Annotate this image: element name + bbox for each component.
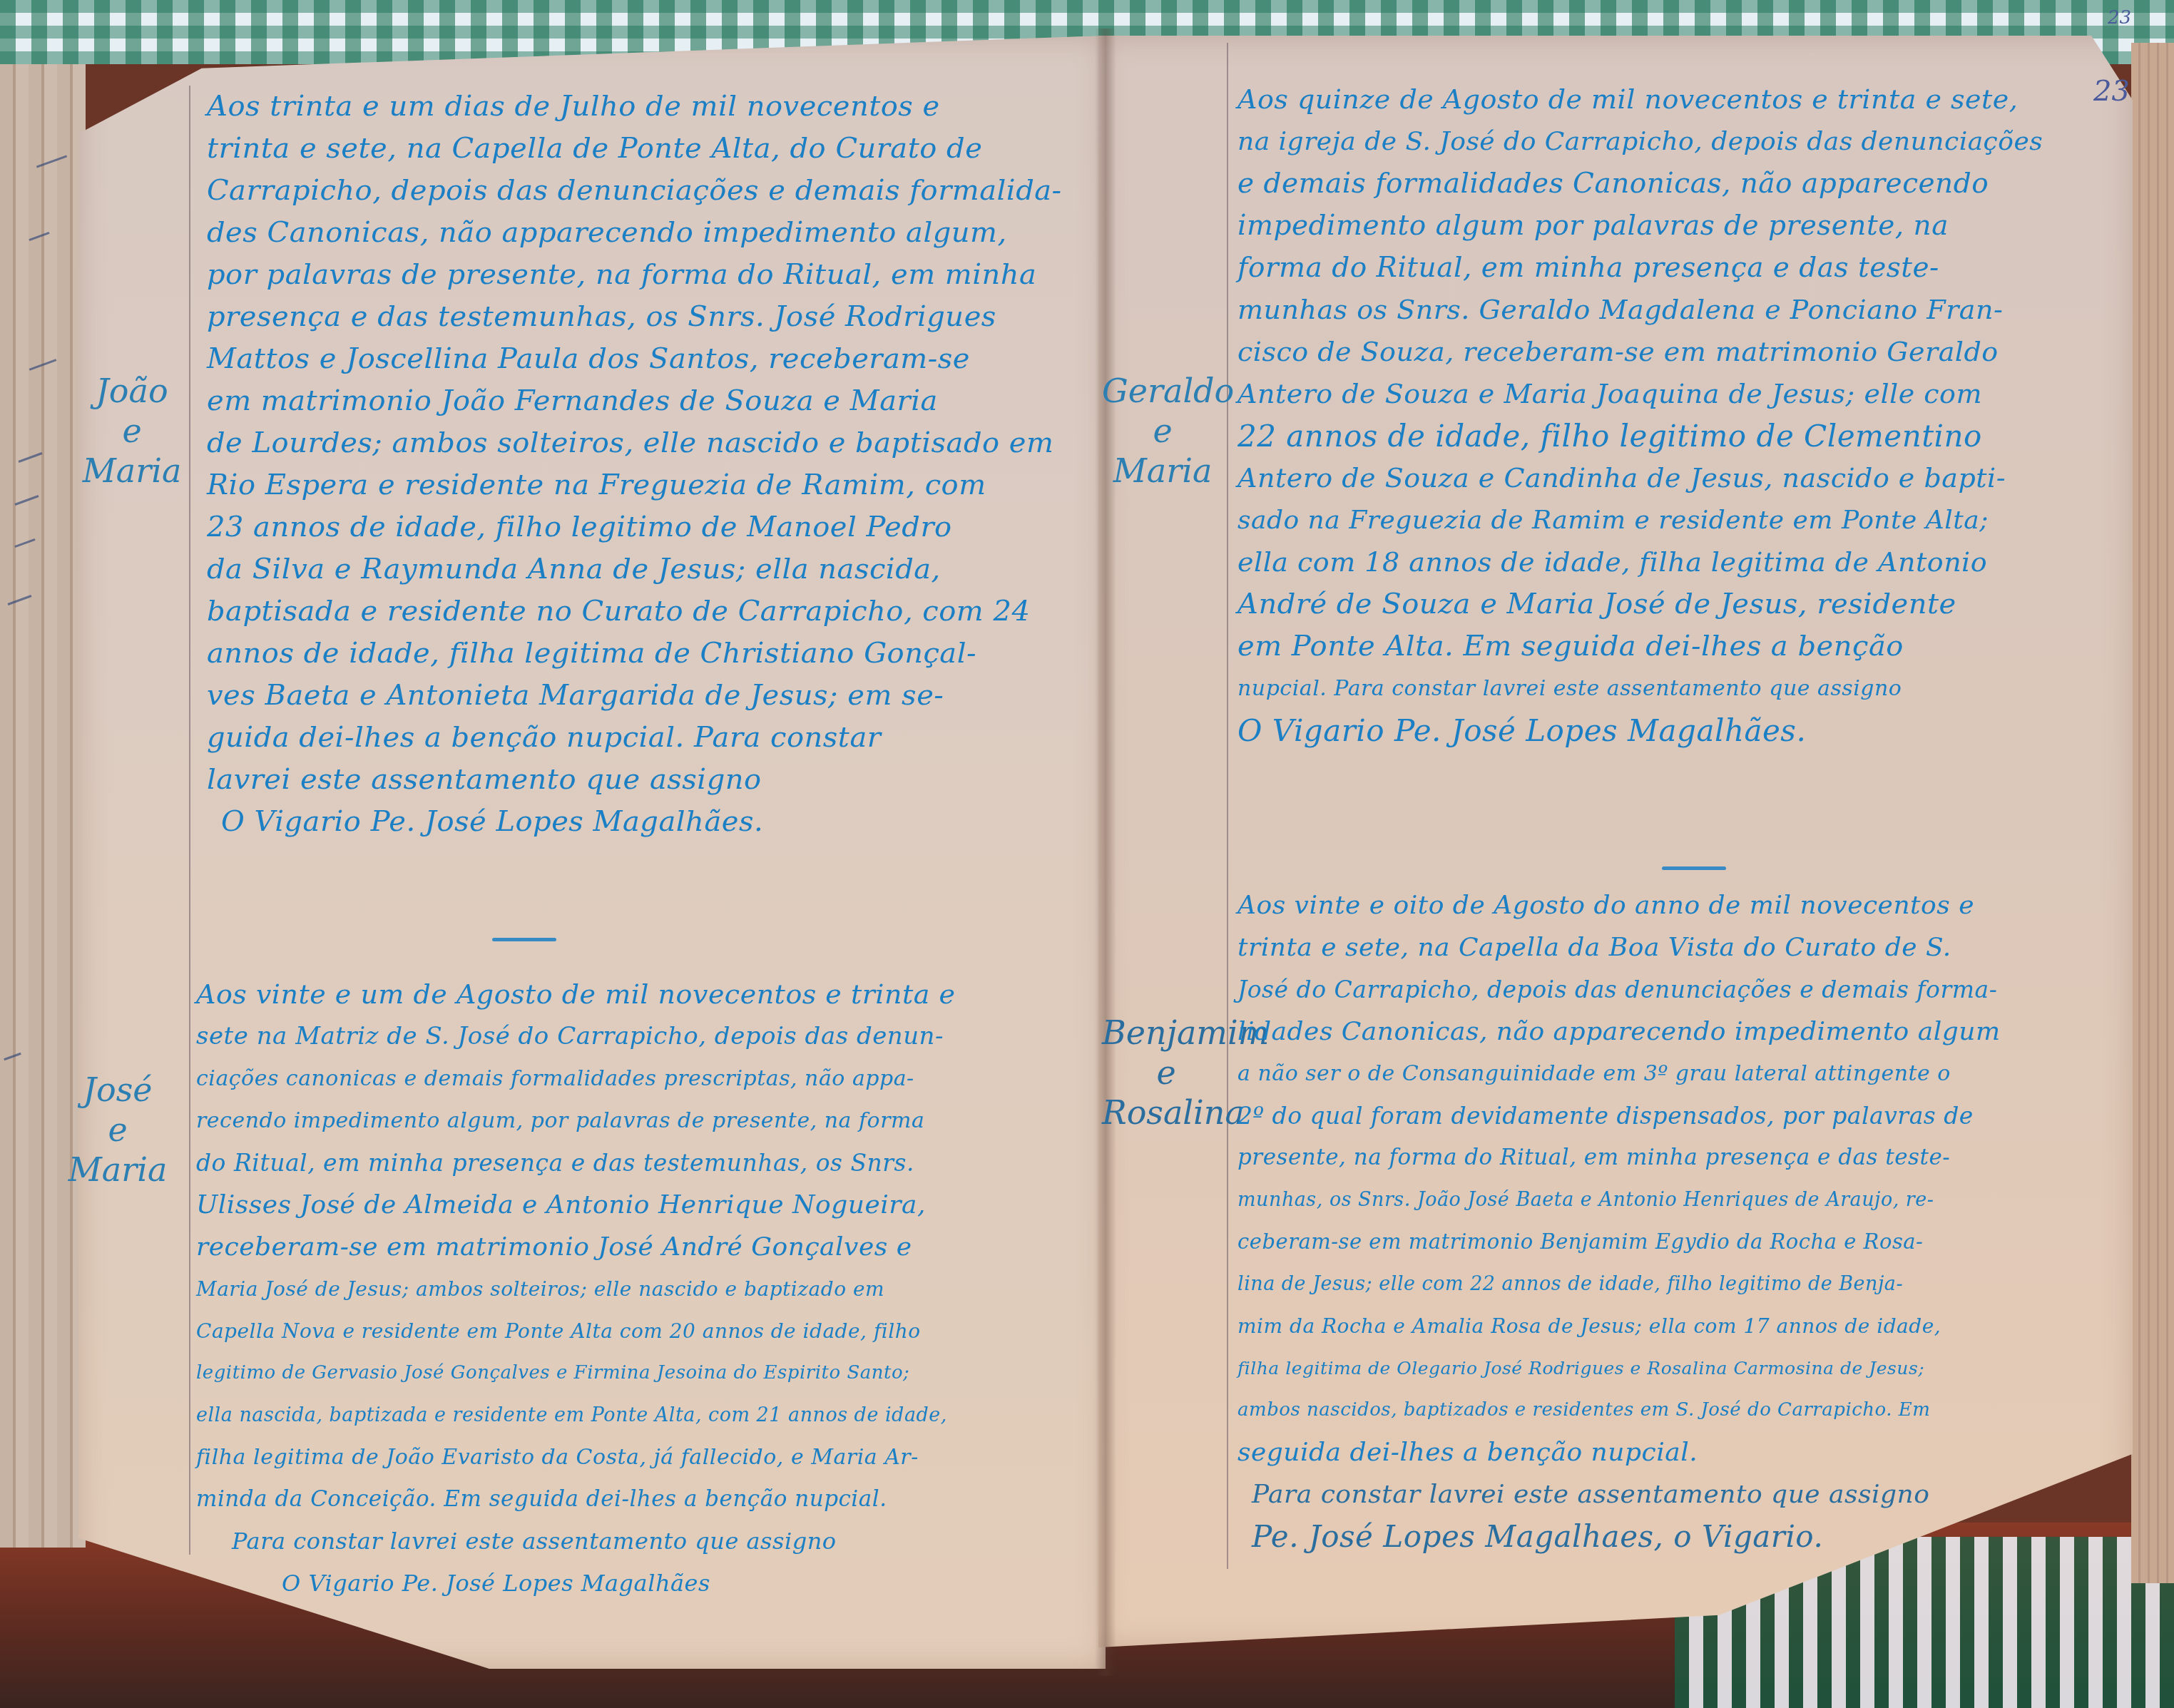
margin-name-bride: Maria bbox=[57, 1150, 178, 1190]
margin-name-bride: Maria bbox=[1102, 451, 1223, 491]
entry-line: André de Souza e Maria José de Jesus, re… bbox=[1237, 583, 2043, 625]
margin-name-geraldo-maria: Geraldo e Maria bbox=[1102, 371, 1223, 491]
entry-line: Para constar lavrei este assentamento qu… bbox=[196, 1520, 955, 1563]
entry-line: guida dei-lhes a benção nupcial. Para co… bbox=[207, 717, 1062, 759]
margin-name-joao-maria: João e Maria bbox=[71, 371, 193, 491]
signature-line: O Vigario Pe. José Lopes Magalhães bbox=[196, 1563, 955, 1605]
entry-line: José do Carrapicho, depois das denunciaç… bbox=[1237, 968, 2001, 1011]
entry-line: receberam-se em matrimonio José André Go… bbox=[196, 1226, 955, 1268]
entry-joao-maria: Aos trinta e um dias de Julho de mil nov… bbox=[207, 86, 1062, 843]
entry-line: 23 annos de idade, filho legitimo de Man… bbox=[207, 506, 1062, 548]
entry-line: e demais formalidades Canonicas, não app… bbox=[1237, 163, 2043, 205]
signature-line: O Vigario Pe. José Lopes Magalhães. bbox=[1237, 710, 2043, 752]
entry-line: munhas, os Snrs. João José Baeta e Anton… bbox=[1237, 1179, 2001, 1221]
page-number: 23 bbox=[2093, 75, 2130, 108]
entry-line: ambos nascidos, baptizados e residentes … bbox=[1237, 1389, 2001, 1431]
entry-line: des Canonicas, não apparecendo impedimen… bbox=[207, 212, 1062, 254]
entry-line: impedimento algum por palavras de presen… bbox=[1237, 205, 2043, 247]
margin-name-conjunction: e bbox=[1102, 411, 1223, 451]
margin-name-benjamim-rosalina: Benjamim e Rosalina bbox=[1102, 1013, 1230, 1132]
entry-line: lina de Jesus; elle com 22 annos de idad… bbox=[1237, 1263, 2001, 1305]
entry-line: cisco de Souza, receberam-se em matrimon… bbox=[1237, 331, 2043, 373]
entry-line: lavrei este assentamento que assigno bbox=[207, 759, 1062, 801]
entry-line: trinta e sete, na Capella da Boa Vista d… bbox=[1237, 926, 2001, 968]
entry-line: Mattos e Joscellina Paula dos Santos, re… bbox=[207, 338, 1062, 380]
entry-line: Ulisses José de Almeida e Antonio Henriq… bbox=[196, 1184, 955, 1226]
margin-name-groom: João bbox=[71, 371, 193, 411]
entry-line: ella nascida, baptizada e residente em P… bbox=[196, 1394, 955, 1436]
entry-line: Antero de Souza e Candinha de Jesus, nas… bbox=[1237, 457, 2043, 499]
page-stack-left bbox=[0, 64, 86, 1548]
entry-separator bbox=[1662, 866, 1726, 870]
margin-name-groom: Geraldo bbox=[1102, 371, 1223, 411]
entry-line: em Ponte Alta. Em seguida dei-lhes a ben… bbox=[1237, 625, 2043, 668]
entry-jose-maria: Aos vinte e um de Agosto de mil novecent… bbox=[196, 973, 955, 1605]
entry-line: presente, na forma do Ritual, em minha p… bbox=[1237, 1137, 2001, 1179]
entry-line: presença e das testemunhas, os Snrs. Jos… bbox=[207, 296, 1062, 338]
entry-line: ceberam-se em matrimonio Benjamim Egydio… bbox=[1237, 1221, 2001, 1263]
entry-line: Rio Espera e residente na Freguezia de R… bbox=[207, 464, 1062, 506]
entry-line: lidades Canonicas, não apparecendo imped… bbox=[1237, 1011, 2001, 1053]
book-gutter bbox=[1095, 29, 1116, 1676]
margin-name-groom: José bbox=[57, 1070, 178, 1110]
entry-line: Antero de Souza e Maria Joaquina de Jesu… bbox=[1237, 373, 2043, 415]
entry-line: sete na Matriz de S. José do Carrapicho,… bbox=[196, 1016, 955, 1058]
entry-line: recendo impedimento algum, por palavras … bbox=[196, 1100, 955, 1142]
entry-line: legitimo de Gervasio José Gonçalves e Fi… bbox=[196, 1352, 955, 1394]
right-page-margin-rule bbox=[1227, 43, 1228, 1569]
entry-line: annos de idade, filha legitima de Christ… bbox=[207, 633, 1062, 675]
margin-name-conjunction: e bbox=[57, 1110, 178, 1150]
margin-name-bride: Rosalina bbox=[1102, 1093, 1230, 1132]
signature-line: Pe. José Lopes Magalhaes, o Vigario. bbox=[1237, 1515, 2001, 1558]
entry-line: trinta e sete, na Capella de Ponte Alta,… bbox=[207, 128, 1062, 170]
margin-name-conjunction: e bbox=[1102, 1053, 1230, 1093]
margin-name-groom: Benjamim bbox=[1102, 1013, 1230, 1053]
entry-line: minda da Conceição. Em seguida dei-lhes … bbox=[196, 1478, 955, 1520]
entry-line: Aos vinte e oito de Agosto do anno de mi… bbox=[1237, 884, 2001, 926]
margin-name-bride: Maria bbox=[71, 451, 193, 491]
page-number-stamp: 23 bbox=[2108, 7, 2131, 29]
entry-separator bbox=[492, 938, 556, 941]
entry-line: Aos vinte e um de Agosto de mil novecent… bbox=[196, 973, 955, 1016]
margin-name-jose-maria: José e Maria bbox=[57, 1070, 178, 1190]
entry-line: filha legitima de João Evaristo da Costa… bbox=[196, 1436, 955, 1478]
entry-line: ella com 18 annos de idade, filha legiti… bbox=[1237, 541, 2043, 583]
entry-line: 2º do qual foram devidamente dispensados… bbox=[1237, 1095, 2001, 1137]
entry-line: baptisada e residente no Curato de Carra… bbox=[207, 590, 1062, 633]
entry-line: sado na Freguezia de Ramim e residente e… bbox=[1237, 499, 2043, 541]
entry-line: da Silva e Raymunda Anna de Jesus; ella … bbox=[207, 548, 1062, 590]
entry-line: nupcial. Para constar lavrei este assent… bbox=[1237, 668, 2043, 710]
entry-line: mim da Rocha e Amalia Rosa de Jesus; ell… bbox=[1237, 1305, 2001, 1347]
left-page-margin-rule bbox=[189, 86, 190, 1555]
entry-line: seguida dei-lhes a benção nupcial. bbox=[1237, 1431, 2001, 1473]
entry-line: 22 annos de idade, filho legitimo de Cle… bbox=[1237, 415, 2043, 457]
entry-line: a não ser o de Consanguinidade em 3º gra… bbox=[1237, 1053, 2001, 1095]
entry-line: por palavras de presente, na forma do Ri… bbox=[207, 254, 1062, 296]
entry-line: forma do Ritual, em minha presença e das… bbox=[1237, 247, 2043, 289]
entry-line: na igreja de S. José do Carrapicho, depo… bbox=[1237, 121, 2043, 163]
entry-line: Capella Nova e residente em Ponte Alta c… bbox=[196, 1310, 955, 1352]
entry-line: Maria José de Jesus; ambos solteiros; el… bbox=[196, 1268, 955, 1310]
entry-line: Aos quinze de Agosto de mil novecentos e… bbox=[1237, 78, 2043, 121]
margin-name-conjunction: e bbox=[71, 411, 193, 451]
entry-line: Aos trinta e um dias de Julho de mil nov… bbox=[207, 86, 1062, 128]
entry-line: ves Baeta e Antonieta Margarida de Jesus… bbox=[207, 675, 1062, 717]
page-stack-right bbox=[2131, 43, 2174, 1583]
signature-line: O Vigario Pe. José Lopes Magalhães. bbox=[207, 801, 1062, 843]
entry-line: filha legitima de Olegario José Rodrigue… bbox=[1237, 1347, 2001, 1389]
entry-geraldo-maria: Aos quinze de Agosto de mil novecentos e… bbox=[1237, 78, 2043, 752]
entry-line: Carrapicho, depois das denunciações e de… bbox=[207, 170, 1062, 212]
entry-line: munhas os Snrs. Geraldo Magdalena e Ponc… bbox=[1237, 289, 2043, 331]
entry-benjamim-rosalina: Aos vinte e oito de Agosto do anno de mi… bbox=[1237, 884, 2001, 1558]
entry-line: de Lourdes; ambos solteiros, elle nascid… bbox=[207, 422, 1062, 464]
entry-line: ciações canonicas e demais formalidades … bbox=[196, 1058, 955, 1100]
entry-line: Para constar lavrei este assentamento qu… bbox=[1237, 1473, 2001, 1515]
entry-line: do Ritual, em minha presença e das teste… bbox=[196, 1142, 955, 1184]
entry-line: em matrimonio João Fernandes de Souza e … bbox=[207, 380, 1062, 422]
